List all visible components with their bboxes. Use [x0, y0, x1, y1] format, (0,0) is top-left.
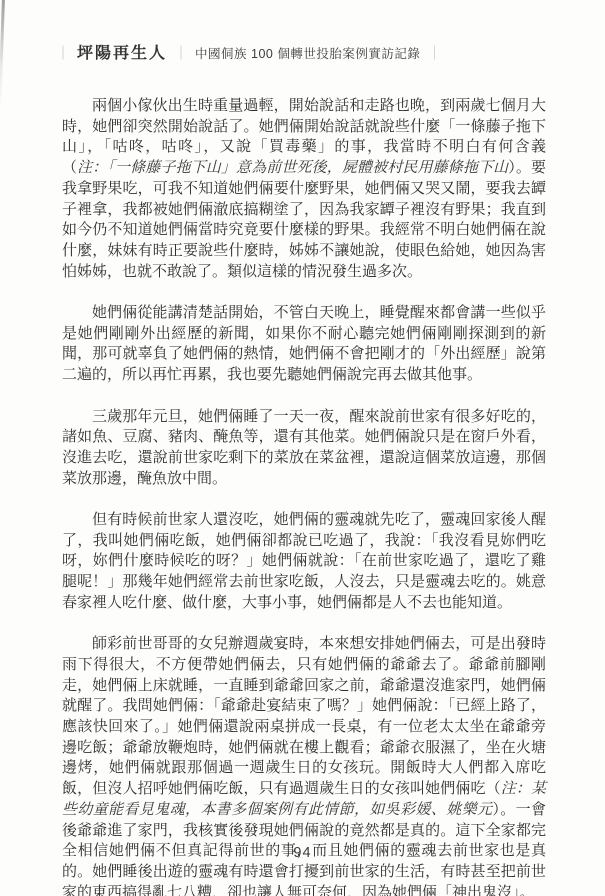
inline-note: 注：「一條藤子拖下山」意為前世死後，屍體被村民用藤條拖下山	[77, 160, 508, 176]
paragraph-text: 她們倆從能講清楚話開始，不管白天晚上，睡覺醒來都會講一些似乎是她們剛剛外出經歷的…	[62, 304, 546, 383]
paragraph-text: 但有時候前世家人還沒吃，她們倆的靈魂就先吃了，靈魂回家後人醒了，我叫她們倆吃飯，…	[62, 511, 546, 611]
paragraph: 她們倆從能講清楚話開始，不管白天晚上，睡覺醒來都會講一些似乎是她們剛剛外出經歷的…	[62, 303, 546, 386]
header-separator: ｜	[427, 43, 441, 63]
book-page: ｜ 坪陽再生人 ｜ 中國侗族 100 個轉世投胎案例實訪記錄 ｜ 兩個小傢伙出生…	[0, 0, 605, 896]
paragraph-text: 師彩前世哥哥的女兒辦週歲宴時，本來想安排她們倆去，可是出發時雨下得很大，不方便帶…	[62, 635, 546, 797]
paragraph-text: ）。要我拿野果吃，可我不知道她們倆要什麼野果，她們倆又哭又鬧，要我去罈子裡拿，我…	[62, 159, 546, 280]
paragraph: 兩個小傢伙出生時重量過輕，開始說話和走路也晚，到兩歲七個月大時，她們卻突然開始說…	[62, 96, 546, 282]
paragraph-text: 三歲那年元旦，她們倆睡了一天一夜，醒來說前世家有很多好吃的，諸如魚、豆腐、豬肉、…	[62, 408, 546, 487]
paragraph: 三歲那年元旦，她們倆睡了一天一夜，醒來說前世家有很多好吃的，諸如魚、豆腐、豬肉、…	[62, 407, 546, 490]
running-header: ｜ 坪陽再生人 ｜ 中國侗族 100 個轉世投胎案例實訪記錄 ｜	[56, 40, 448, 63]
page-number: 94	[0, 845, 605, 861]
paragraph: 但有時候前世家人還沒吃，她們倆的靈魂就先吃了，靈魂回家後人醒了，我叫她們倆吃飯，…	[62, 510, 546, 614]
book-title: 坪陽再生人	[77, 40, 167, 63]
header-separator: ｜	[174, 43, 188, 63]
paragraphs: 兩個小傢伙出生時重量過輕，開始說話和走路也晚，到兩歲七個月大時，她們卻突然開始說…	[62, 96, 546, 896]
scan-edge-artifact	[0, 0, 5, 110]
header-separator: ｜	[56, 43, 70, 63]
book-subtitle: 中國侗族 100 個轉世投胎案例實訪記錄	[195, 44, 420, 62]
